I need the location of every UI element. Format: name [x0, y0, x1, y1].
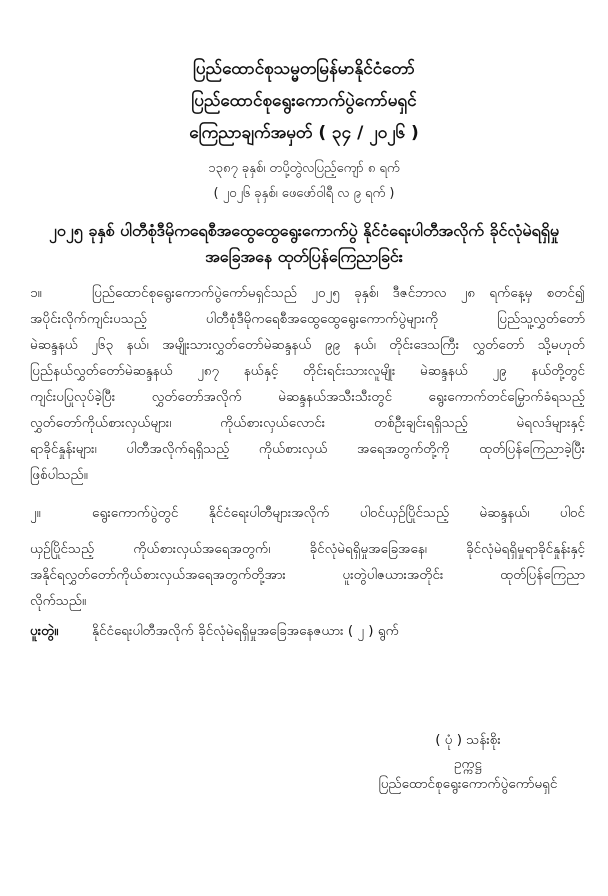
announcement-number: ကြေညာချက်အမှတ် ( ၃၄ / ၂၀၂၆ )	[0, 122, 608, 147]
paragraph-line: အပိုင်းလိုက်ကျင်းပသည့် ပါတီစုံဒီမိုကရေစီ…	[30, 310, 585, 330]
paragraph-line: အနိုင်ရလွှတ်တော်ကိုယ်စားလှယ်အရေအတွက်တို့…	[30, 566, 585, 586]
paragraph-line: ကျင်းပပြုလုပ်ခဲ့ပြီး လွှတ်တော်အလိုက် မဲဆ…	[30, 388, 585, 408]
paragraph-line: ယှဉ်ပြိုင်သည့် ကိုယ်စားလှယ်အရေအတွက်၊ ခို…	[30, 540, 585, 560]
header-country-name: ပြည်ထောင်စုသမ္မတမြန်မာနိုင်ငံတော်	[0, 58, 608, 83]
paragraph-number: ၁။	[30, 284, 92, 304]
paragraph-line: ၁။ပြည်ထောင်စုရွေးကောက်ပွဲကော်မရှင်သည် ၂၀…	[30, 284, 585, 304]
paragraph-line: ဖြစ်ပါသည်။	[30, 466, 585, 486]
signature-organization: ပြည်ထောင်စုရွေးကောက်ပွဲကော်မရှင်	[318, 775, 608, 795]
attachment-label: ပူးတွဲ။	[30, 622, 92, 642]
myanmar-date: ၁၃၈၇ ခုနှစ်၊ တပို့တွဲလပြည့်ကျော် ၈ ရက်	[0, 160, 608, 179]
document-page: ပြည်ထောင်စုသမ္မတမြန်မာနိုင်ငံတော် ပြည်ထေ…	[0, 0, 608, 896]
attachment-note: ပူးတွဲ။နိုင်ငံရေးပါတီအလိုက် ခိုင်လုံမဲရရ…	[30, 622, 585, 642]
paragraph-line: လိုက်သည်။	[30, 592, 585, 612]
paragraph-number: ၂။	[30, 504, 92, 524]
paragraph-line: လွှတ်တော်ကိုယ်စားလှယ်များ၊ ကိုယ်စားလှယ်လ…	[30, 414, 585, 434]
paragraph-text: ရွေးကောက်ပွဲတွင် နိုင်ငံရေးပါတီများအလိုက…	[92, 505, 585, 521]
paragraph-line: ပြည်နယ်လွှတ်တော်မဲဆန္ဒနယ် ၂၈၇ နယ်နှင့် တ…	[30, 362, 585, 382]
paragraph-text: ပြည်ထောင်စုရွေးကောက်ပွဲကော်မရှင်သည် ၂၀၂၅…	[92, 285, 585, 301]
paragraph-line: မဲဆန္ဒနယ် ၂၆၃ နယ်၊ အမျိုးသားလွှတ်တော်မဲဆ…	[30, 336, 585, 356]
subject-line-2: အခြေအနေ ထုတ်ပြန်ကြေညာခြင်း	[0, 246, 608, 270]
signature-name: ( ပုံ ) သန်းစိုး	[318, 731, 608, 751]
attachment-text: နိုင်ငံရေးပါတီအလိုက် ခိုင်လုံမဲရရှိမှုအခ…	[92, 623, 399, 639]
subject-line-1: ၂၀၂၅ ခုနှစ် ပါတီစုံဒီမိုကရေစီအထွေထွေရွေး…	[0, 220, 608, 244]
paragraph-line: ရာခိုင်နှုန်းများ၊ ပါတီအလိုက်ရရှိသည့် ကိ…	[30, 440, 585, 460]
gregorian-date: ( ၂၀၂၆ ခုနှစ်၊ ဖေဖော်ဝါရီ လ ၉ ရက် )	[0, 185, 608, 204]
header-commission-name: ပြည်ထောင်စုရွေးကောက်ပွဲကော်မရှင်	[0, 90, 608, 115]
paragraph-line: ၂။ရွေးကောက်ပွဲတွင် နိုင်ငံရေးပါတီများအလိ…	[30, 504, 585, 524]
signature-title: ဥက္ကဋ္ဌ	[318, 755, 608, 775]
